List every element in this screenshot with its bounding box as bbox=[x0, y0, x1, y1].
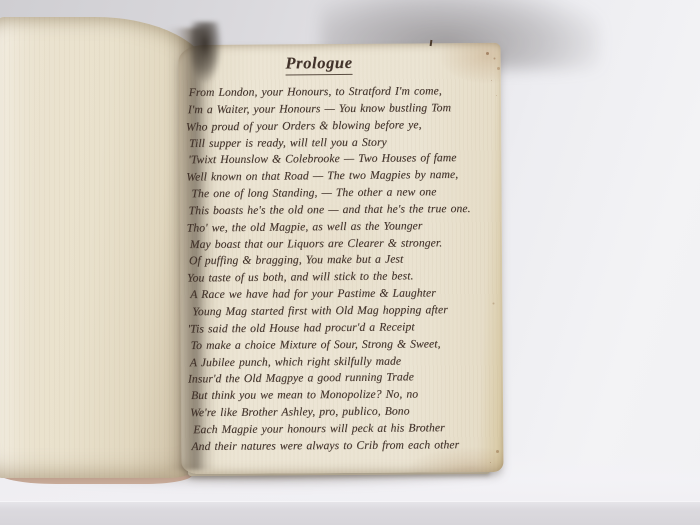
manuscript-line: Each Magpie your honours will peck at hi… bbox=[191, 420, 506, 439]
manuscript-text: Prologue From London, your Honours, to S… bbox=[185, 47, 503, 471]
manuscript-line: Who proud of your Orders & blowing befor… bbox=[184, 116, 499, 136]
manuscript-line: The one of long Standing, — The other a … bbox=[189, 184, 504, 203]
manuscript-line: But think you we mean to Monopolize? No,… bbox=[189, 386, 504, 405]
manuscript-title: Prologue bbox=[285, 53, 352, 76]
manuscript-line: Tho' we, the old Magpie, as well as the … bbox=[185, 217, 500, 237]
manuscript-line: To make a choice Mixture of Sour, Strong… bbox=[189, 336, 504, 355]
manuscript-line: From London, your Honours, to Stratford … bbox=[187, 83, 502, 102]
manuscript-line: Till supper is ready, will tell you a St… bbox=[187, 134, 502, 153]
manuscript-line: And their natures were always to Crib fr… bbox=[189, 437, 504, 456]
manuscript-line: May boast that our Liquors are Clearer &… bbox=[188, 235, 503, 254]
foreground-table-strip bbox=[0, 502, 700, 525]
manuscript-line: 'Tis said the old House had procur'd a R… bbox=[185, 318, 500, 338]
photo-of-open-manuscript-book: Prologue From London, your Honours, to S… bbox=[0, 0, 700, 525]
manuscript-lines: From London, your Honours, to Stratford … bbox=[186, 83, 504, 456]
